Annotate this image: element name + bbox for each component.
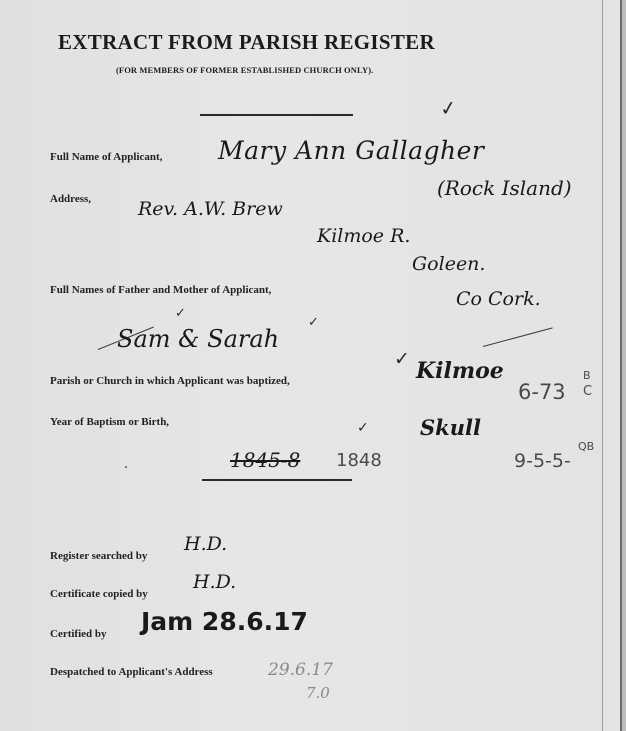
check-mark-icon: ✓ xyxy=(308,315,319,330)
year-reference: 9-5-5- xyxy=(514,450,571,472)
despatched-value: 29.6.17 xyxy=(268,660,333,680)
certified-by-value: Jam 28.6.17 xyxy=(141,607,308,636)
year-struck-value: 1845-8 xyxy=(230,448,300,472)
parish-label: Parish or Church in which Applicant was … xyxy=(50,375,290,387)
searched-by-label: Register searched by xyxy=(50,550,147,562)
certified-by-label: Certified by xyxy=(50,628,107,640)
pen-stroke xyxy=(483,327,553,347)
address-note: (Rock Island) xyxy=(437,176,572,200)
parents-label: Full Names of Father and Mother of Appli… xyxy=(50,284,271,296)
year-value: 1848 xyxy=(336,450,382,471)
searched-by-value: H.D. xyxy=(184,533,227,555)
address-line-3: Goleen. xyxy=(412,253,485,275)
parish-value: Kilmoe xyxy=(416,358,504,384)
copied-by-value: H.D. xyxy=(193,571,236,593)
ink-speck xyxy=(125,466,127,468)
address-line-2: Kilmoe R. xyxy=(317,225,410,247)
parish-reference-top: B xyxy=(583,369,591,382)
applicant-name-label: Full Name of Applicant, xyxy=(50,151,162,163)
parish-reference: 6-73 xyxy=(518,380,566,404)
address-label: Address, xyxy=(50,193,91,205)
secondary-place-value: Skull xyxy=(420,415,481,440)
register-page: EXTRACT FROM PARISH REGISTER (FOR MEMBER… xyxy=(0,0,626,731)
page-edge-line xyxy=(602,0,603,731)
copied-by-label: Certificate copied by xyxy=(50,588,148,600)
address-line-4: Co Cork. xyxy=(456,288,541,310)
divider-bottom xyxy=(202,479,352,481)
check-mark-icon: ✓ xyxy=(394,348,410,370)
document-title: EXTRACT FROM PARISH REGISTER xyxy=(58,30,435,55)
document-subtitle: (FOR MEMBERS OF FORMER ESTABLISHED CHURC… xyxy=(116,65,373,75)
page-edge-shadow xyxy=(622,0,626,731)
divider-top xyxy=(200,114,353,116)
check-mark-icon: ✓ xyxy=(438,95,458,121)
parish-reference-bottom: C xyxy=(583,384,592,399)
address-line-1: Rev. A.W. Brew xyxy=(138,198,283,220)
applicant-name-value: Mary Ann Gallagher xyxy=(218,136,484,165)
despatched-label: Despatched to Applicant's Address xyxy=(50,666,213,678)
check-mark-icon: ✓ xyxy=(175,306,186,321)
parents-value: Sam & Sarah xyxy=(117,325,279,353)
despatched-note: 7.0 xyxy=(306,684,330,702)
year-label: Year of Baptism or Birth, xyxy=(50,416,169,428)
check-mark-icon: ✓ xyxy=(357,420,369,436)
year-reference-superscript: QB xyxy=(578,440,594,453)
